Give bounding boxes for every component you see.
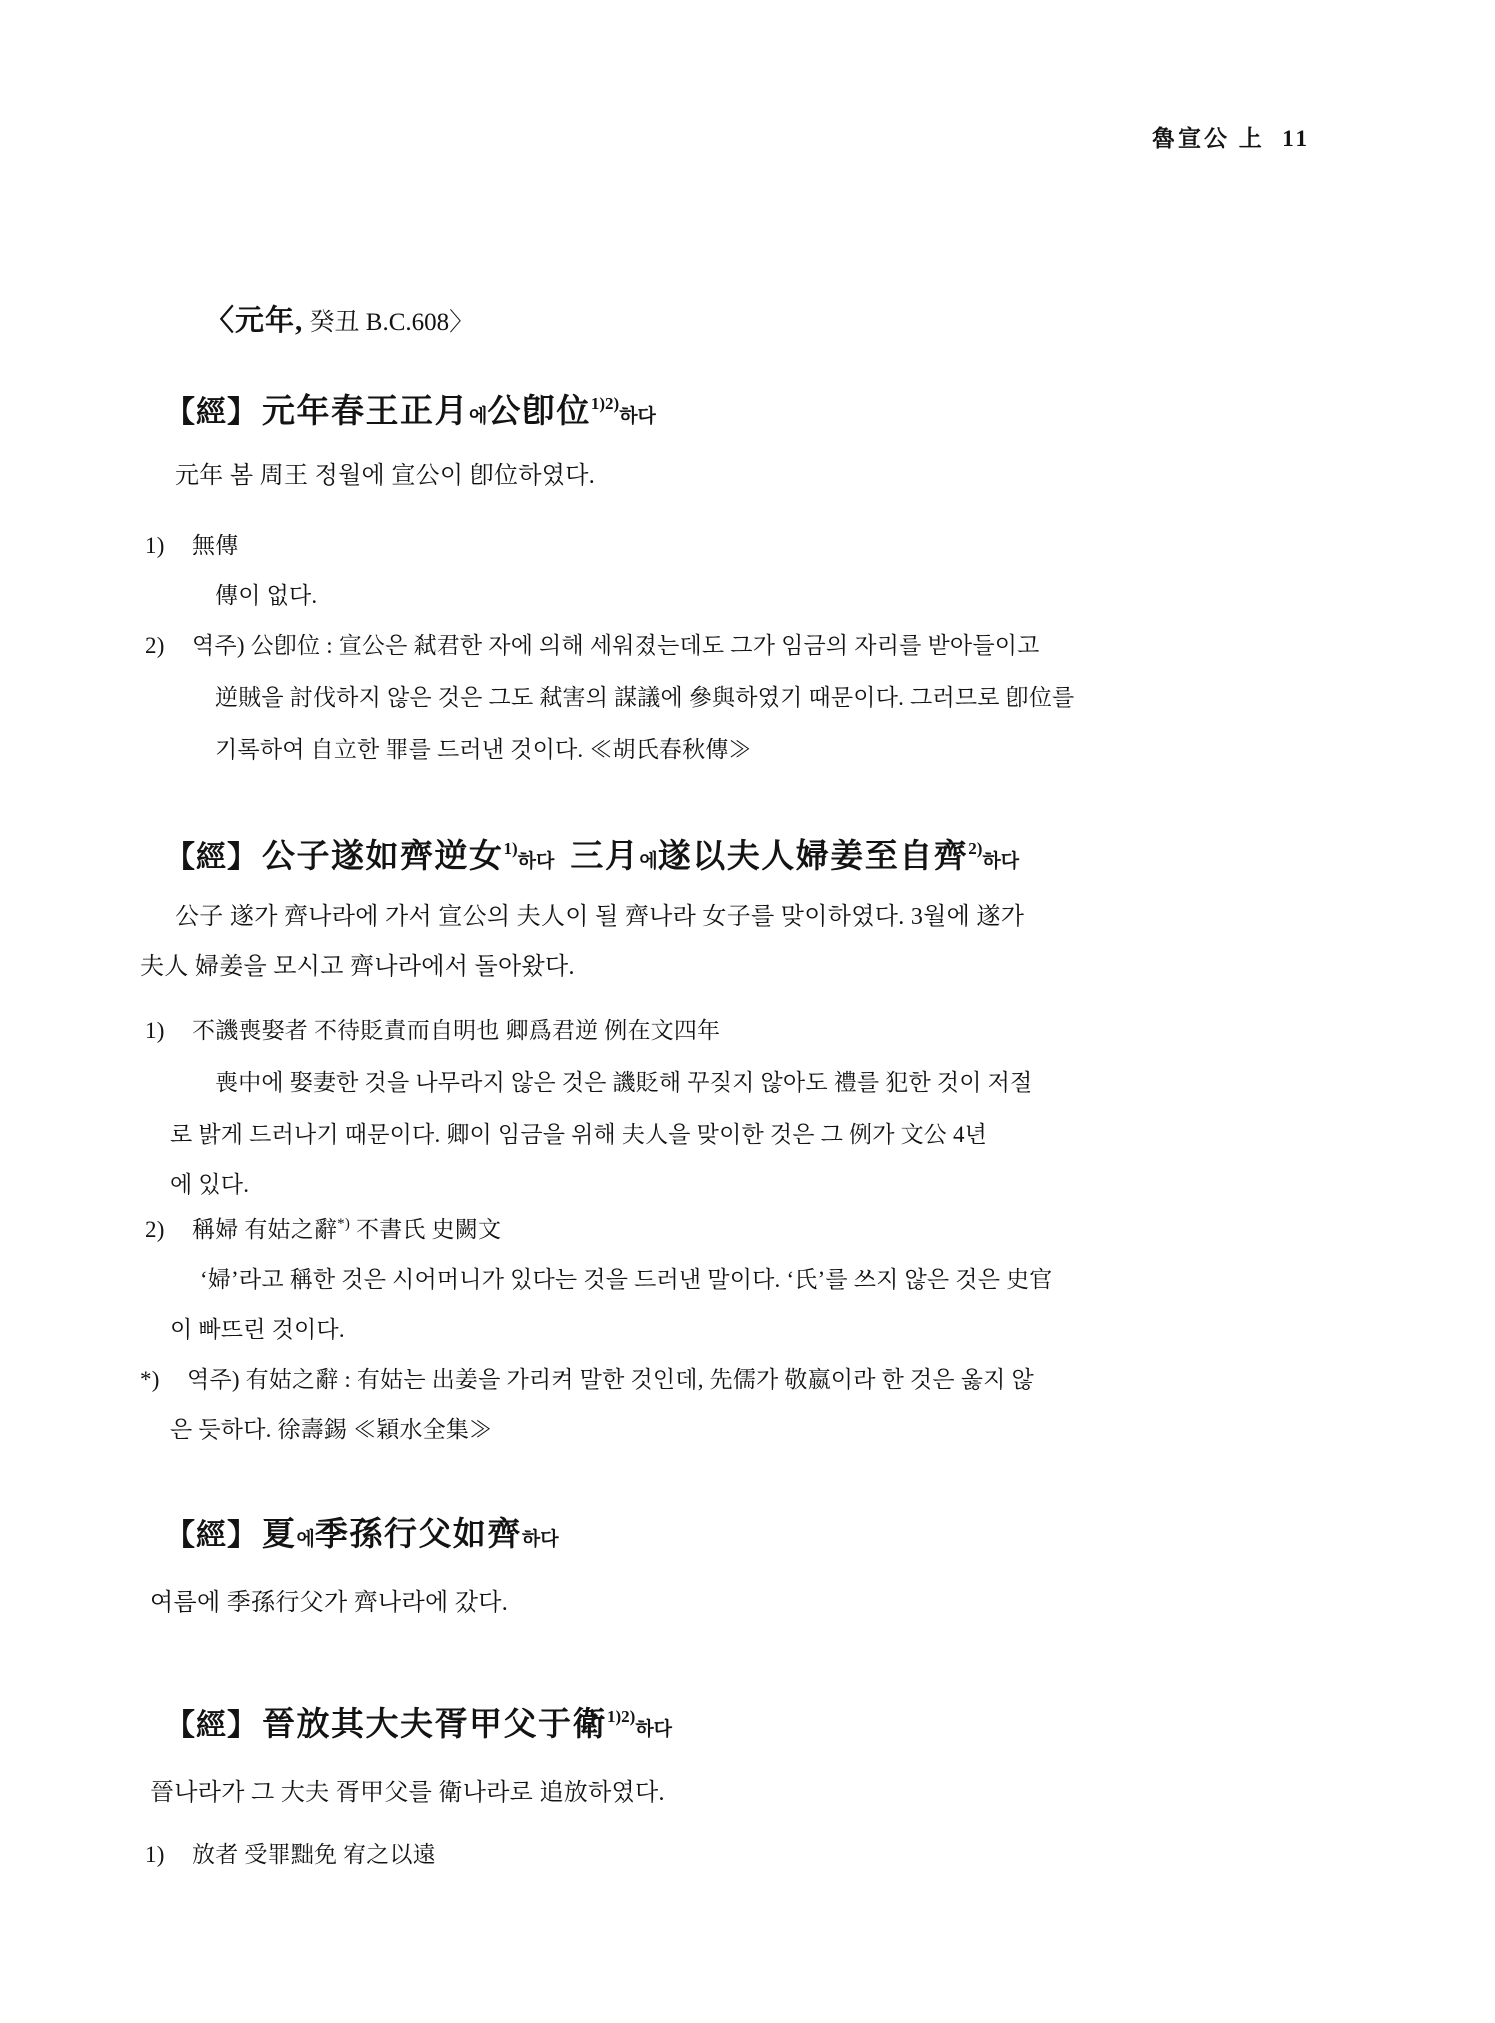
kyung-line: 【經】 元年春王正月에公卽位1)2)하다 [165, 385, 656, 432]
note-line: 傳이 없다. [215, 577, 317, 610]
document-page: 魯宣公 上 11 〈元年, 癸丑 B.C.608〉 【經】 元年春王正月에公卽位… [0, 0, 1495, 2023]
note-text: 기록하여 自立한 罪를 드러낸 것이다. ≪胡氏春秋傳≫ [215, 737, 752, 762]
note-line: 1)放者 受罪黜免 宥之以遠 [145, 1836, 436, 1869]
note-line: 1)無傳 [145, 527, 238, 560]
kyung-tag: 【經】 [165, 1709, 258, 1742]
note-text: 역주) 公卽位 : 宣公은 弒君한 자에 의해 세워졌는데도 그가 임금의 자리… [192, 633, 1040, 658]
note-text: 無傳 [192, 533, 238, 558]
kyung-text: 三月 [570, 839, 639, 875]
note-text: 逆賊을 討伐하지 않은 것은 그도 弒害의 謀議에 參與하였기 때문이다. 그러… [215, 685, 1074, 710]
note-marker: 1) [145, 1842, 192, 1868]
page-header: 魯宣公 上 11 [1152, 120, 1310, 153]
note-marker: 2) [145, 633, 192, 659]
kyung-particle: 에 [639, 851, 657, 872]
note-line: 1)不譏喪娶者 不待貶責而自明也 卿爲君逆 例在文四年 [145, 1012, 720, 1045]
kyung-superscript: 2) [968, 839, 982, 858]
note-marker: *) [140, 1367, 187, 1393]
kyung-tag: 【經】 [165, 841, 258, 874]
note-line: 逆賊을 討伐하지 않은 것은 그도 弒害의 謀議에 參與하였기 때문이다. 그러… [215, 679, 1074, 712]
note-line: ‘婦’라고 稱한 것은 시어머니가 있다는 것을 드러낸 말이다. ‘氏’를 쓰… [200, 1261, 1053, 1294]
kyung-text: 晉放其大夫胥甲父于衛 [262, 1707, 607, 1743]
note-marker: 1) [145, 1018, 192, 1044]
kyung-line: 【經】 夏에季孫行父如齊하다 [165, 1508, 559, 1555]
kyung-particle: 하다 [635, 1719, 672, 1740]
note-line: 로 밝게 드러나기 때문이다. 卿이 임금을 위해 夫人을 맞이한 것은 그 例… [170, 1116, 987, 1149]
note-line: 이 빠뜨린 것이다. [170, 1311, 345, 1344]
note-text: 不書氏 史闕文 [350, 1217, 501, 1242]
note-text: 傳이 없다. [215, 583, 317, 608]
kyung-text: 遂以夫人婦姜至自齊 [658, 839, 969, 875]
note-text: 은 듯하다. 徐壽錫 ≪穎水全集≫ [170, 1417, 492, 1442]
note-text: 에 있다. [170, 1172, 249, 1197]
note-text: 不譏喪娶者 不待貶責而自明也 卿爲君逆 例在文四年 [192, 1018, 720, 1043]
year-heading-main: 〈元年, [205, 305, 303, 337]
note-line: 에 있다. [170, 1166, 249, 1199]
kyung-particle: 하다 [619, 406, 656, 427]
note-text: 喪中에 娶妻한 것을 나무라지 않은 것은 譏貶해 꾸짖지 않아도 禮를 犯한 … [215, 1070, 1032, 1095]
year-heading-sub: 癸丑 B.C.608〉 [303, 309, 474, 336]
kyung-particle: 에 [469, 406, 487, 427]
note-line: 2)稱婦 有姑之辭*) 不書氏 史闕文 [145, 1211, 501, 1244]
kyung-text: 元年春王正月 [262, 394, 469, 430]
kyung-tag: 【經】 [165, 396, 258, 429]
kyung-tag: 【經】 [165, 1519, 258, 1552]
kyung-text: 公卽位 [487, 394, 591, 430]
kyung-line: 【經】 公子遂如齊逆女1)하다三月에遂以夫人婦姜至自齊2)하다 [165, 830, 1019, 877]
kyung-line: 【經】 晉放其大夫胥甲父于衛1)2)하다 [165, 1698, 672, 1745]
kyung-particle: 하다 [522, 1529, 559, 1550]
kyung-particle: 하다 [982, 851, 1019, 872]
translation-line: 晉나라가 그 大夫 胥甲父를 衛나라로 追放하였다. [150, 1772, 665, 1807]
kyung-superscript: 1)2) [591, 394, 619, 413]
note-text: 이 빠뜨린 것이다. [170, 1317, 345, 1342]
note-superscript: *) [337, 1216, 350, 1232]
year-heading: 〈元年, 癸丑 B.C.608〉 [205, 298, 474, 339]
translation-line: 夫人 婦姜을 모시고 齊나라에서 돌아왔다. [140, 946, 575, 981]
note-text: ‘婦’라고 稱한 것은 시어머니가 있다는 것을 드러낸 말이다. ‘氏’를 쓰… [200, 1267, 1053, 1292]
kyung-text: 公子遂如齊逆女 [262, 839, 504, 875]
translation-line: 元年 봄 周王 정월에 宣公이 卽位하였다. [175, 455, 595, 490]
kyung-text: 夏 [262, 1517, 297, 1553]
note-text: 放者 受罪黜免 宥之以遠 [192, 1842, 436, 1867]
kyung-particle: 하다 [518, 851, 555, 872]
note-marker: 1) [145, 533, 192, 559]
note-line: 은 듯하다. 徐壽錫 ≪穎水全集≫ [170, 1411, 492, 1444]
kyung-superscript: 1) [504, 839, 518, 858]
translation-line: 여름에 季孫行父가 齊나라에 갔다. [150, 1582, 508, 1617]
note-line: 기록하여 自立한 罪를 드러낸 것이다. ≪胡氏春秋傳≫ [215, 731, 752, 764]
note-text: 역주) 有姑之辭 : 有姑는 出姜을 가리켜 말한 것인데, 先儒가 敬嬴이라 … [187, 1367, 1034, 1392]
note-text: 稱婦 有姑之辭 [192, 1217, 337, 1242]
note-line: 喪中에 娶妻한 것을 나무라지 않은 것은 譏貶해 꾸짖지 않아도 禮를 犯한 … [215, 1064, 1032, 1097]
note-text: 로 밝게 드러나기 때문이다. 卿이 임금을 위해 夫人을 맞이한 것은 그 例… [170, 1122, 987, 1147]
kyung-superscript: 1)2) [607, 1707, 635, 1726]
note-line: *)역주) 有姑之辭 : 有姑는 出姜을 가리켜 말한 것인데, 先儒가 敬嬴이… [140, 1361, 1034, 1394]
note-line: 2)역주) 公卽位 : 宣公은 弒君한 자에 의해 세워졌는데도 그가 임금의 … [145, 627, 1040, 660]
translation-line: 公子 遂가 齊나라에 가서 宣公의 夫人이 될 齊나라 女子를 맞이하였다. 3… [175, 896, 1024, 931]
note-marker: 2) [145, 1217, 192, 1243]
kyung-particle: 에 [297, 1529, 315, 1550]
kyung-text: 季孫行父如齊 [315, 1517, 522, 1553]
